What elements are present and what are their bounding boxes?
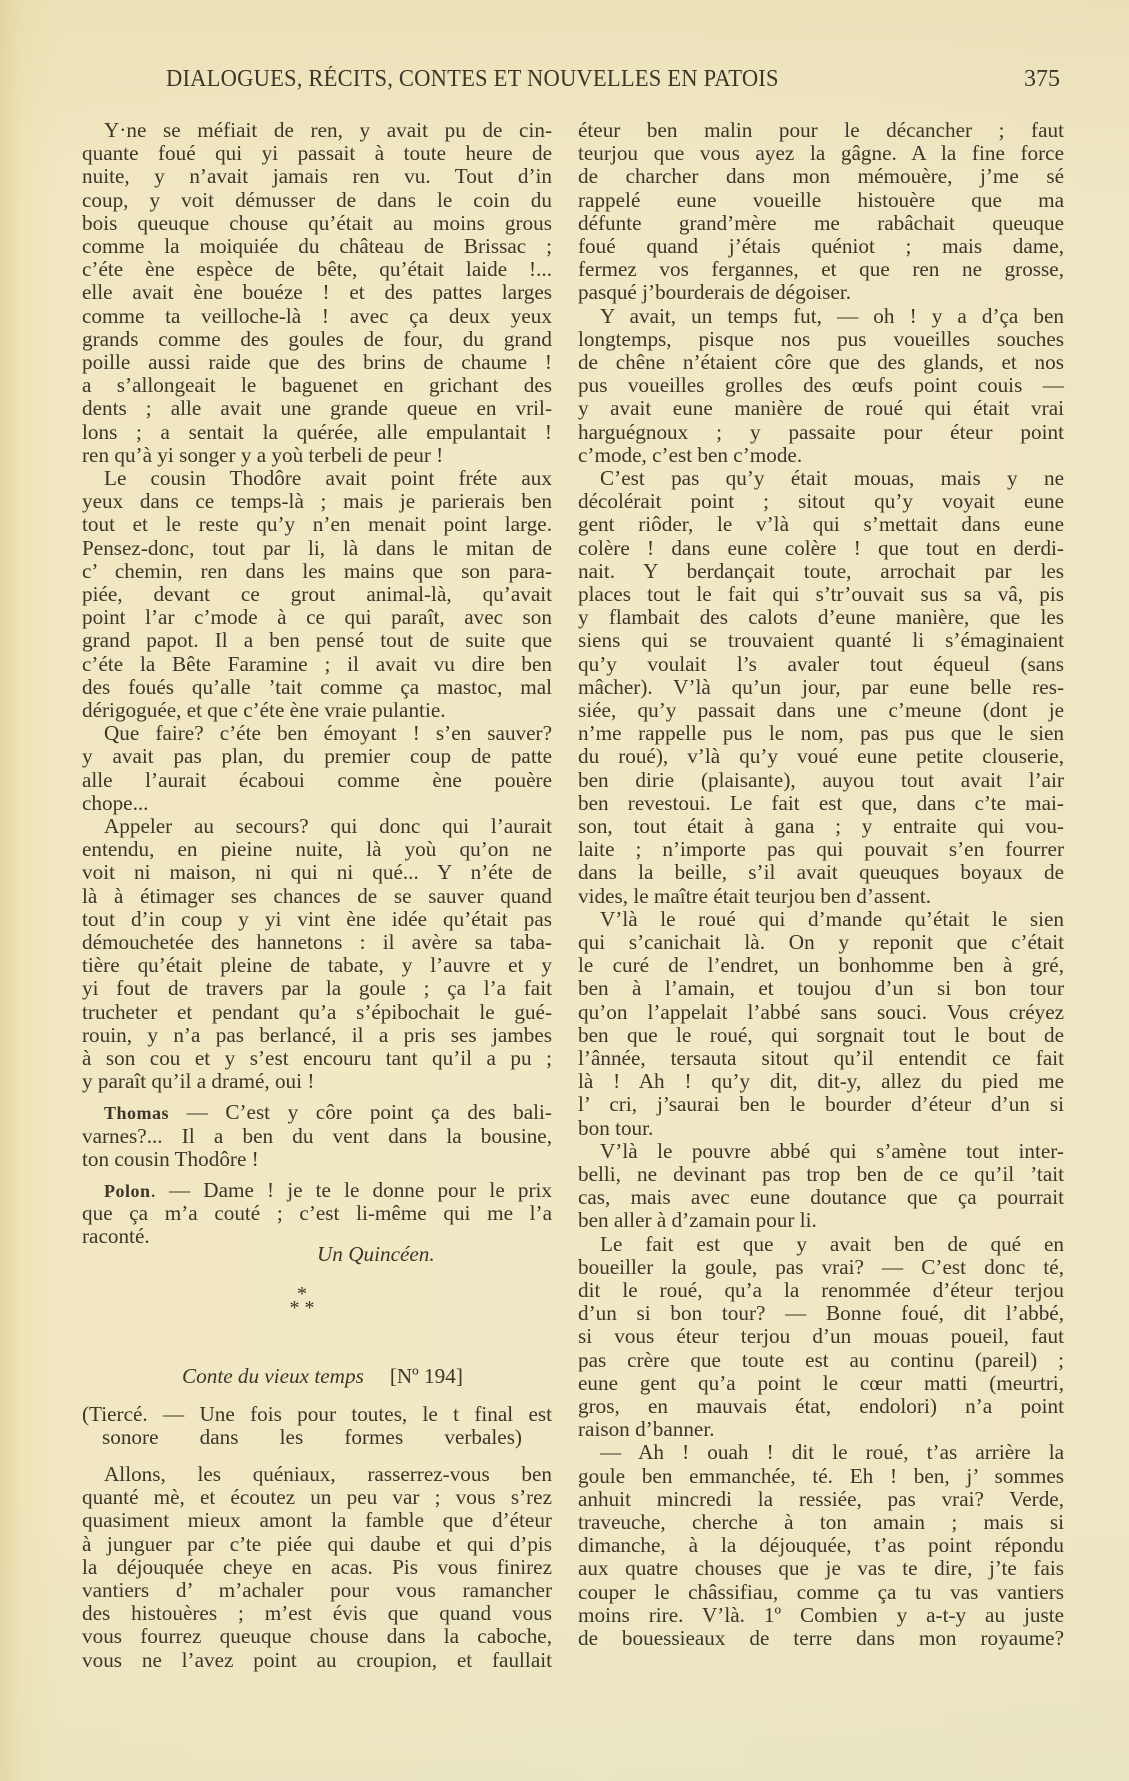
text-line: c’mode, c’est ben c’mode. — [578, 443, 1064, 467]
text-line: foué quand j’étais quéniot ; mais dame, — [578, 234, 1064, 258]
text-line: raison d’banner. — [578, 1417, 1064, 1441]
speaker-name: Polon — [104, 1181, 151, 1201]
text-line: quante foué qui yi passait à toute heure… — [82, 141, 552, 165]
paragraph-first-line: Y avait, un temps fut, — oh ! y a d’ça b… — [600, 304, 1064, 328]
text-line: couper le châssifiau, comme ça tu vas va… — [578, 1580, 1064, 1604]
text-line: bois queuque chouse qu’était au moins gr… — [82, 211, 552, 235]
text-line: pas crère que toute est au continu (pare… — [578, 1348, 1064, 1372]
text-line: tout d’in coup y yi vint ène idée qu’éta… — [82, 907, 552, 931]
text-line: voit ni maison, ni qui ni qué... Y n’éte… — [82, 860, 552, 884]
text-line: dents ; alle avait une grande queue en v… — [82, 396, 552, 420]
text-line: siée, qu’y passait dans une c’meune (don… — [578, 698, 1064, 722]
text-line: qu’on l’appelait l’abbé sans souci. Vous… — [578, 1000, 1064, 1024]
text-line: y paraît qu’il a dramé, oui ! — [82, 1069, 552, 1093]
running-title: DIALOGUES, RÉCITS, CONTES ET NOUVELLES E… — [166, 66, 779, 93]
text-line: là ! Ah ! qu’y dit, dit-y, allez du pied… — [578, 1069, 1064, 1093]
text-line: ben à l’amain, et toujou d’un si bon tou… — [578, 976, 1064, 1000]
text-line: son, tout était à gana ; y entraite qui … — [578, 814, 1064, 838]
text-line: de bouessieaux de terre dans mon royaume… — [578, 1626, 1064, 1650]
text-line: de charcher dans mon mémouère, j’me sé — [578, 164, 1064, 188]
text-line: tière qu’était pleine de tabate, y l’auv… — [82, 953, 552, 977]
dialogue-line: que ça m’a couté ; c’est li-même qui me … — [82, 1201, 552, 1225]
text-line: tout et le reste qu’y n’en menait point … — [82, 512, 552, 536]
text-line: vous ne l’avez point au croupion, et fau… — [82, 1648, 552, 1672]
text-line: c’éte ène espèce de bête, qu’était laide… — [82, 257, 552, 281]
text-line: décolérait point ; sitout qu’y voyait eu… — [578, 489, 1064, 513]
text-line: vides, le maître était teurjou ben d’ass… — [578, 884, 1064, 908]
text-line: rouin, y n’a pas berlancé, il a pris ses… — [82, 1023, 552, 1047]
paragraph-first-line: Que faire? c’éte ben émoyant ! s’en sauv… — [104, 721, 552, 745]
text-line: vous fourrez queuque chouse dans la cabo… — [82, 1624, 552, 1648]
text-line: du roué), v’là qu’y voué eune petite clo… — [578, 744, 1064, 768]
text-line: piée, devant ce grout animal-là, qu’avai… — [82, 582, 552, 606]
text-line: dit le roué, qu’a la renommée d’éteur te… — [578, 1278, 1064, 1302]
signature: Un Quincéen. — [317, 1242, 517, 1266]
text-line: coup, y voit démusser de dans le coin du — [82, 188, 552, 212]
text-line: d’un si bon tour? — Bonne foué, dit l’ab… — [578, 1301, 1064, 1325]
story-title: Conte du vieux temps — [182, 1364, 364, 1388]
text-line: dans la beille, s’il avait queuques boya… — [578, 860, 1064, 884]
text-line: Pensez-donc, tout par li, là dans le mit… — [82, 536, 552, 560]
text-line: des foués qu’alle ’tait comme ça mastoc,… — [82, 675, 552, 699]
text-line: pasqué j’bourderais de dégoiser. — [578, 280, 1064, 304]
text-line: démouchetée des hannetons : il avère sa … — [82, 930, 552, 954]
text-line: belli, ne devinant pas trop ben de ce qu… — [578, 1162, 1064, 1186]
text-line: poille aussi raide que des brins de chau… — [82, 350, 552, 374]
story-heading: Conte du vieux temps[Nº 194] — [182, 1364, 552, 1388]
text-line: la déjouquée cheye en acas. Pis vous fin… — [82, 1555, 552, 1579]
text-line: vantiers d’ m’achaler pour vous ramanche… — [82, 1578, 552, 1602]
text-line: cas, mais avec eune doutance que ça pour… — [578, 1185, 1064, 1209]
text-line: quasiment mieux amont la famble que d’ét… — [82, 1508, 552, 1532]
text-line: y flambait des calots d’eune manière, qu… — [578, 605, 1064, 629]
speech-text: . — Dame ! je te le donne pour le prix — [151, 1178, 552, 1202]
text-line: chope... — [82, 791, 552, 815]
dialogue-line: Polon. — Dame ! je te le donne pour le p… — [104, 1178, 552, 1202]
text-line: laite ; n’importe pas qui pouvait s’en f… — [578, 837, 1064, 861]
text-line: rappelé eune voueille histouère que ma — [578, 188, 1064, 212]
paragraph-first-line: — Ah ! ouah ! dit le roué, t’as arrière … — [600, 1440, 1064, 1464]
dialogue-line: varnes?... Il a ben du vent dans la bous… — [82, 1124, 552, 1148]
text-line: à junguer par c’te piée qui daube et qui… — [82, 1532, 552, 1556]
text-line: fermez vos fergannes, et que ren ne gros… — [578, 257, 1064, 281]
text-line: le curé de l’endret, un bonhomme ben à g… — [578, 953, 1064, 977]
text-line: dimanche, à la déjouquée, t’as point rép… — [578, 1533, 1064, 1557]
text-line: c’éte la Bête Faramine ; il avait vu dir… — [82, 652, 552, 676]
text-line: pus voueilles grolles des œufs point cou… — [578, 373, 1064, 397]
text-line: gent riôder, le v’là qui s’mettait dans … — [578, 512, 1064, 536]
text-line: comme la moiquiée du château de Brissac … — [82, 234, 552, 258]
text-line: défunte grand’mère me rabâchait queuque — [578, 211, 1064, 235]
text-line: y avait pas plan, du premier coup de pat… — [82, 744, 552, 768]
text-line: goule ben emmanchée, té. Eh ! ben, j’ so… — [578, 1464, 1064, 1488]
speaker-name: Thomas — [104, 1103, 169, 1123]
paragraph-first-line: Y·ne se méfiait de ren, y avait pu de ci… — [104, 118, 552, 142]
text-line: ben revestoui. Le fait est que, dans c’t… — [578, 791, 1064, 815]
editor-note-line: (Tiercé. — Une fois pour toutes, le t fi… — [82, 1402, 552, 1426]
text-line: grands comme des goules de four, du gran… — [82, 327, 552, 351]
text-line: nuite, y n’avait jamais ren vu. Tout d’i… — [82, 164, 552, 188]
paragraph-first-line: Appeler au secours? qui donc qui l’aurai… — [104, 814, 552, 838]
text-line: ben dirie (plaisante), auyou tout avait … — [578, 768, 1064, 792]
dialogue-line: Thomas — C’est y côre point ça des bali- — [104, 1100, 552, 1124]
paragraph-first-line: C’est pas qu’y était mouas, mais y ne — [600, 466, 1064, 490]
paragraph-first-line: Allons, les quéniaux, rasserrez-vous ben — [104, 1462, 552, 1486]
text-line: elle avait ène bouéze ! et des pattes la… — [82, 280, 552, 304]
text-line: dérigoguée, et que c’éte ène vraie pulan… — [82, 698, 552, 722]
text-line: gros, en mauvais état, endolori) n’a poi… — [578, 1394, 1064, 1418]
text-line: mâcher). V’là qu’un jour, par eune belle… — [578, 675, 1064, 699]
text-line: boueiller la goule, pas vrai? — C’est do… — [578, 1255, 1064, 1279]
text-line: bon tour. — [578, 1116, 1064, 1140]
text-line: longtemps, pisque nos pus voueilles souc… — [578, 327, 1064, 351]
page-header: DIALOGUES, RÉCITS, CONTES ET NOUVELLES E… — [0, 66, 1129, 100]
text-line: siens qui se trouvaient quanté li s’émag… — [578, 628, 1064, 652]
text-line: de chêne n’étaient côre que des glands, … — [578, 350, 1064, 374]
text-line: moins rire. V’là. 1º Combien y a-t-y au … — [578, 1603, 1064, 1627]
text-line: trucheter et pendant qu’a s’épibochait l… — [82, 1000, 552, 1024]
text-line: grand papot. Il a ben pensé tout de suit… — [82, 628, 552, 652]
section-separator-asterisks: ** * — [282, 1286, 322, 1316]
text-line: ben aller à d’zamain pour li. — [578, 1208, 1064, 1232]
text-line: si vous éteur terjou d’un mouas poueil, … — [578, 1324, 1064, 1348]
text-line: lons ; a sentait la quérée, alle empulan… — [82, 420, 552, 444]
text-line: là à étimager ses chances de se sauver q… — [82, 884, 552, 908]
text-line: l’ânnée, tersauta sitout qu’il entendit … — [578, 1046, 1064, 1070]
paragraph-first-line: V’là le roué qui d’mande qu’était le sie… — [600, 907, 1064, 931]
text-line: point l’ar c’mode à ce qui paraît, avec … — [82, 605, 552, 629]
text-line: eune gent qu’a point le cœur matti (meur… — [578, 1371, 1064, 1395]
text-line: n’me rappelle pus le nom, pas pus que le… — [578, 721, 1064, 745]
text-line: l’ cri, j’saurai ben le bourder d’éteur … — [578, 1092, 1064, 1116]
text-line: places tout le fait qui s’tr’ouvait sus … — [578, 582, 1064, 606]
editor-note-line: sonore dans les formes verbales) — [102, 1425, 522, 1449]
text-line: colère ! dans eune colère ! que tout en … — [578, 536, 1064, 560]
paragraph-first-line: V’là le pouvre abbé qui s’amène tout int… — [600, 1139, 1064, 1163]
text-line: qui s’canichait là. On y reponit que c’é… — [578, 930, 1064, 954]
paragraph-first-line: Le fait est que y avait ben de qué en — [600, 1232, 1064, 1256]
text-line: éteur ben malin pour le décancher ; faut — [578, 118, 1064, 142]
page-number: 375 — [1024, 66, 1060, 93]
paragraph-first-line: Le cousin Thodôre avait point fréte aux — [104, 466, 552, 490]
text-line: c’ chemin, ren dans les mains que son pa… — [82, 559, 552, 583]
speech-text: — C’est y côre point ça des bali- — [169, 1100, 552, 1124]
text-line: yi fout de travers par la goule ; ça l’a… — [82, 976, 552, 1000]
text-line: qu’y voulait l’s avaler tout équeul (san… — [578, 652, 1064, 676]
text-line: harguégnoux ; y passaite pour éteur poin… — [578, 420, 1064, 444]
text-line: nait. Y berdançait toute, arrochait par … — [578, 559, 1064, 583]
text-line: des histouères ; m’est évis que quand vo… — [82, 1601, 552, 1625]
text-line: anhuit mincredi la ressiée, pas vrai? Ve… — [578, 1487, 1064, 1511]
text-line: yeux dans ce temps-là ; mais je parierai… — [82, 489, 552, 513]
text-line: alle l’aurait écaboui comme ène pouère — [82, 768, 552, 792]
dialogue-line: ton cousin Thodôre ! — [82, 1147, 552, 1171]
text-line: traveuche, cherche à ton amain ; mais si — [578, 1510, 1064, 1534]
text-line: à son cou et y s’est encouru tant qu’il … — [82, 1046, 552, 1070]
text-line: ben que le roué, qui sorgnait tout le bo… — [578, 1023, 1064, 1047]
text-line: comme ta veilloche-là ! avec ça deux yeu… — [82, 304, 552, 328]
story-number: [Nº 194] — [390, 1364, 463, 1388]
text-line: entendu, en pieine nuite, là yoù qu’on n… — [82, 837, 552, 861]
text-line: teurjou que vous ayez la gâgne. A la fin… — [578, 141, 1064, 165]
text-line: quanté mè, et écoutez un peu var ; vous … — [82, 1485, 552, 1509]
text-line: a s’allongeait le baguenet en grichant d… — [82, 373, 552, 397]
text-line: aux quatre chouses que je vas te dire, j… — [578, 1556, 1064, 1580]
text-line: y avait eune manière de roué qui était v… — [578, 396, 1064, 420]
text-line: ren qu’à yi songer y a yoù terbeli de pe… — [82, 443, 552, 467]
